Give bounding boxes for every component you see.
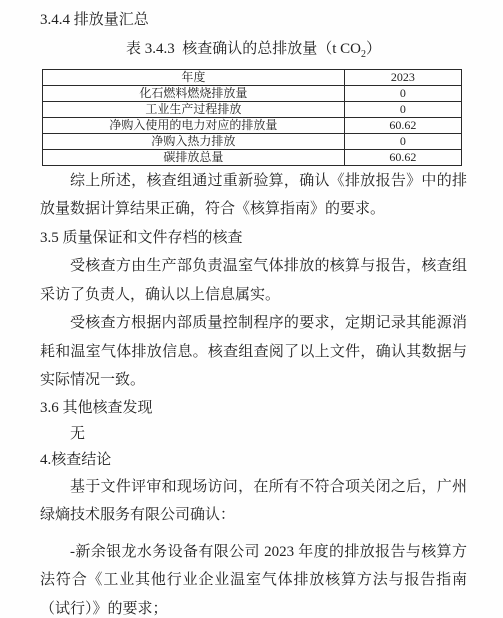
table-caption-text: 表 3.4.3 核查确认的总排放量（t CO [126, 41, 361, 57]
table-row: 工业生产过程排放 0 [43, 101, 462, 117]
table-cell-value: 0 [344, 133, 461, 149]
table-caption-close-paren: ） [366, 41, 381, 57]
table-cell-value: 60.62 [344, 149, 461, 165]
table-caption: 表 3.4.3 核查确认的总排放量（t CO2） [40, 35, 467, 69]
section-heading-3-4-4: 3.4.4 排放量汇总 [40, 6, 467, 35]
paragraph-4-conclusion-intro: 基于文件评审和现场访问，在所有不符合项关闭之后，广州绿熵技术服务有限公司确认： [40, 473, 467, 530]
table-cell-value: 0 [344, 101, 461, 117]
table-header-2023: 2023 [344, 69, 461, 85]
section-heading-3-6: 3.6 其他核查发现 [40, 395, 467, 421]
document-page: 3.4.4 排放量汇总 表 3.4.3 核查确认的总排放量（t CO2） 年度 … [0, 0, 503, 618]
table-cell-label: 碳排放总量 [43, 149, 345, 165]
table-header-year: 年度 [43, 69, 345, 85]
paragraph-4-conclusion-item: -新余银龙水务设备有限公司 2023 年度的排放报告与核算方法符合《工业其他行业… [40, 538, 467, 618]
table-cell-label: 化石燃料燃烧排放量 [43, 85, 345, 101]
table-row: 化石燃料燃烧排放量 0 [43, 85, 462, 101]
table-cell-value: 60.62 [344, 117, 461, 133]
paragraph-summary: 综上所述，核查组通过重新验算，确认《排放报告》中的排放量数据计算结果正确，符合《… [40, 167, 467, 224]
table-cell-label: 工业生产过程排放 [43, 101, 345, 117]
table-header-row: 年度 2023 [43, 69, 462, 85]
paragraph-3-6-none: 无 [40, 421, 467, 447]
section-heading-3-5: 3.5 质量保证和文件存档的核查 [40, 224, 467, 253]
table-cell-value: 0 [344, 85, 461, 101]
table-cell-label: 净购入热力排放 [43, 133, 345, 149]
section-heading-4: 4.核查结论 [40, 447, 467, 473]
paragraph-3-5-responsibility: 受核查方由生产部负责温室气体排放的核算与报告，核查组采访了负责人，确认以上信息属… [40, 252, 467, 309]
paragraph-3-5-records: 受核查方根据内部质量控制程序的要求，定期记录其能源消耗和温室气体排放信息。核查组… [40, 309, 467, 395]
table-row: 净购入热力排放 0 [43, 133, 462, 149]
table-cell-label: 净购入使用的电力对应的排放量 [43, 117, 345, 133]
table-row: 碳排放总量 60.62 [43, 149, 462, 165]
table-row: 净购入使用的电力对应的排放量 60.62 [43, 117, 462, 133]
emissions-summary-table: 年度 2023 化石燃料燃烧排放量 0 工业生产过程排放 0 净购入使用的电力对… [42, 69, 462, 166]
